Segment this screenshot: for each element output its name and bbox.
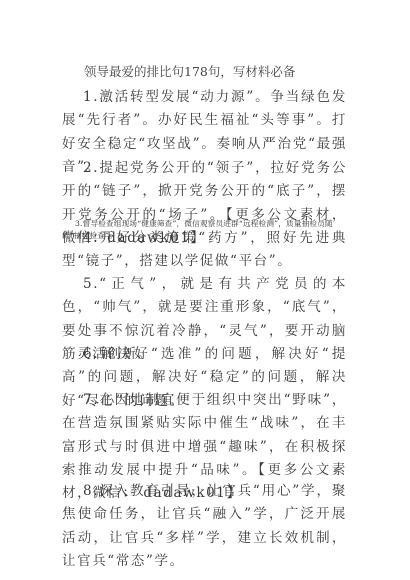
document-page: 领导最爱的排比句178句，写材料必备 1.激活转型发展“动力源”。争当绿色发展“… xyxy=(0,0,410,580)
paragraph-4: 4.开好分类施策“药方”，照好先进典型“镜子”，搭建以学促做“平台”。 xyxy=(62,227,347,274)
document-title: 领导最爱的排比句178句，写材料必备 xyxy=(84,64,295,80)
paragraph-8: 8.深入教育引导，让官兵“用心”学，聚焦使命任务，让官兵“融入”学，广泛开展活动… xyxy=(62,480,347,573)
